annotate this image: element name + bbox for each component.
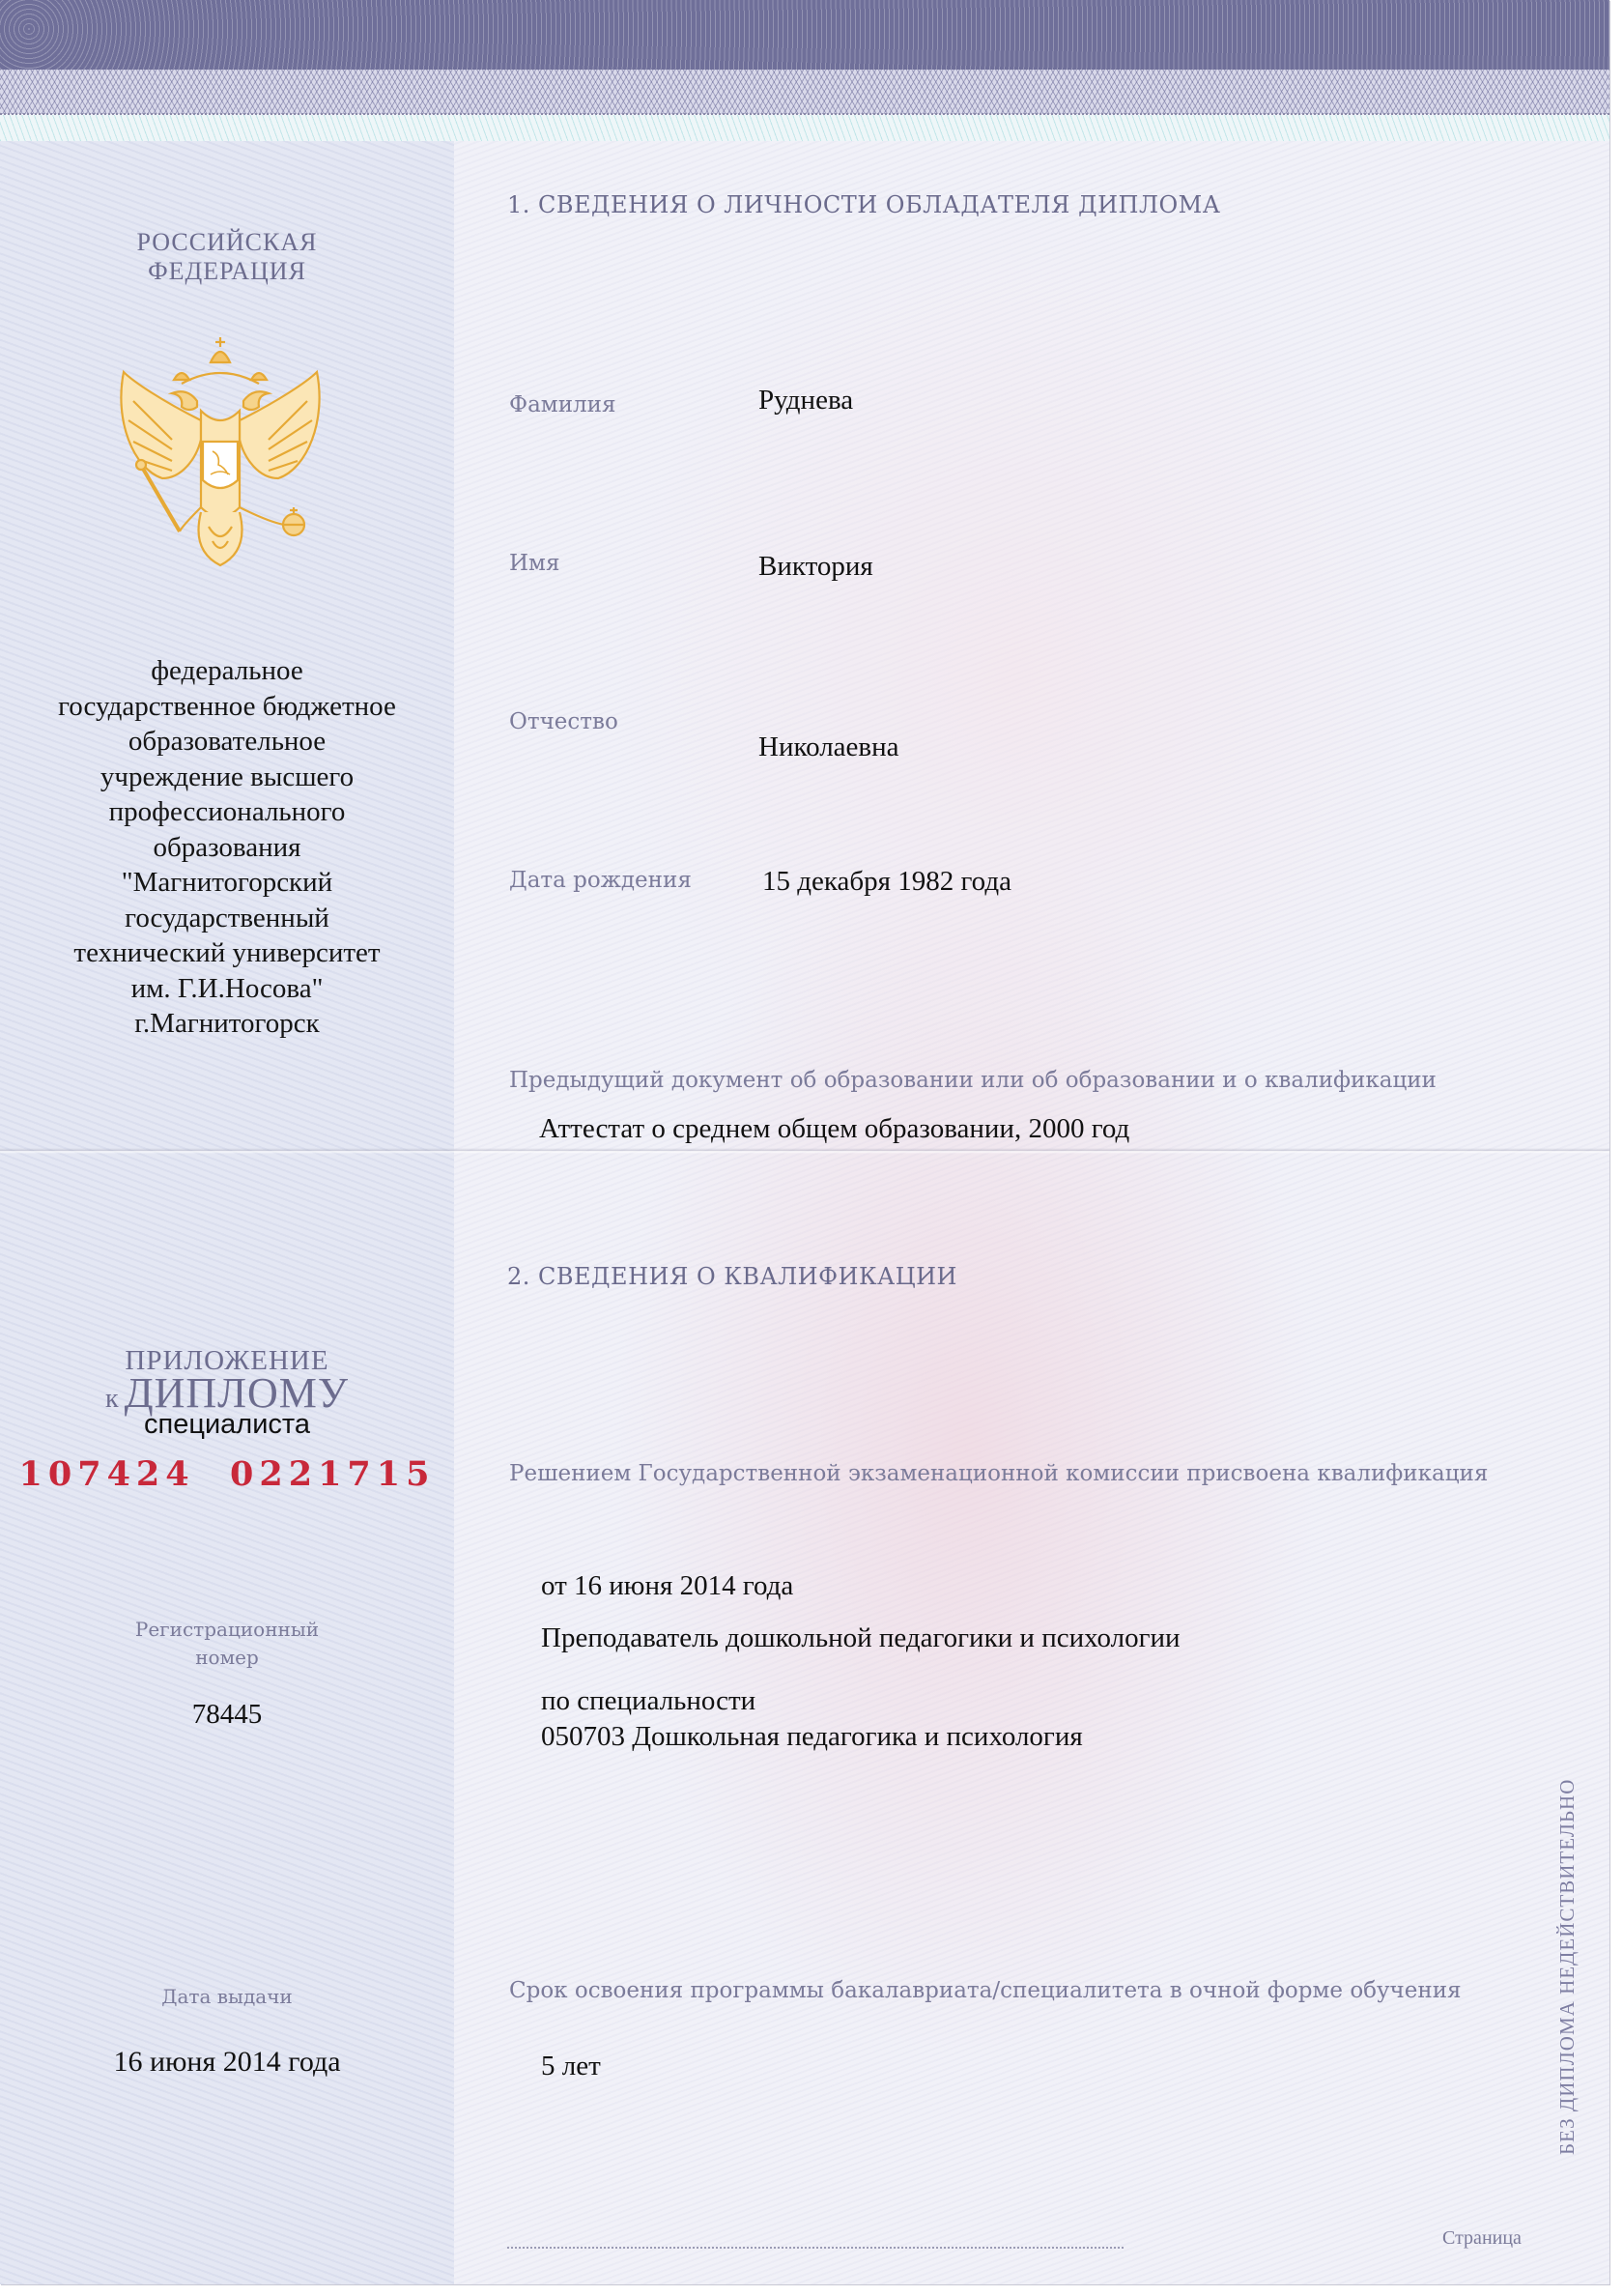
duration-label: Срок освоения программы бакалавриата/спе… [509, 1978, 1462, 2003]
specialty-label: по специальности [541, 1685, 755, 1717]
institution-line: профессионального [0, 794, 454, 830]
specialty: 050703 Дошкольная педагогика и психологи… [541, 1721, 1083, 1753]
country-name-line2: ФЕДЕРАЦИЯ [0, 257, 454, 286]
institution-line: образования [0, 830, 454, 866]
previous-doc-label: Предыдущий документ об образовании или о… [509, 1068, 1437, 1093]
field-label-patronymic: Отчество [509, 709, 618, 734]
banner-guilloche-lace [0, 70, 1609, 114]
issue-date-label: Дата выдачи [0, 1983, 454, 2010]
institution-line: образовательное [0, 724, 454, 760]
degree-level: специалиста [0, 1409, 454, 1440]
country-name-line1: РОССИЙСКАЯ [0, 228, 454, 257]
fold-crease [0, 1148, 1609, 1154]
registration-label-line1: Регистрационный [0, 1616, 454, 1643]
serial-number: 107424 0221715 [0, 1455, 454, 1494]
field-value-name: Виктория [758, 551, 873, 583]
field-value-birthdate: 15 декабря 1982 года [762, 866, 1011, 898]
institution-line: государственный [0, 901, 454, 936]
field-value-surname: Руднева [758, 385, 853, 416]
coat-of-arms-icon [104, 333, 336, 575]
issue-date: 16 июня 2014 года [0, 2045, 454, 2080]
institution-name: федеральное государственное бюджетное об… [0, 653, 454, 1042]
banner-guilloche-cyan [0, 115, 1609, 141]
margin-note: БЕЗ ДИПЛОМА НЕДЕЙСТВИТЕЛЬНО [1555, 1764, 1586, 2169]
field-label-name: Имя [509, 551, 559, 576]
section2-heading: 2. СВЕДЕНИЯ О КВАЛИФИКАЦИИ [507, 1263, 957, 1290]
institution-line: федеральное [0, 653, 454, 689]
institution-line: "Магнитогорский [0, 865, 454, 901]
field-value-patronymic: Николаевна [758, 732, 899, 763]
institution-line: г.Магнитогорск [0, 1006, 454, 1042]
institution-line: государственное бюджетное [0, 689, 454, 725]
section1-heading: 1. СВЕДЕНИЯ О ЛИЧНОСТИ ОБЛАДАТЕЛЯ ДИПЛОМ… [507, 191, 1220, 218]
footer-microprint-line [507, 2247, 1125, 2249]
banner-guilloche-dark [0, 0, 1609, 70]
institution-line: учреждение высшего [0, 760, 454, 795]
decision-label: Решением Государственной экзаменационной… [509, 1461, 1488, 1486]
registration-number: 78445 [0, 1698, 454, 1731]
page-label: Страница [1442, 2227, 1522, 2250]
diploma-appendix-sheet: РОССИЙСКАЯ ФЕДЕРАЦИЯ [0, 0, 1609, 2284]
institution-line: технический университет [0, 935, 454, 971]
institution-line: им. Г.И.Носова" [0, 971, 454, 1007]
qualification: Преподаватель дошкольной педагогики и пс… [541, 1622, 1181, 1654]
registration-label-line2: номер [0, 1644, 454, 1671]
duration-value: 5 лет [541, 2051, 601, 2082]
decision-date: от 16 июня 2014 года [541, 1570, 793, 1602]
security-banner [0, 0, 1609, 141]
field-label-birthdate: Дата рождения [509, 868, 692, 893]
previous-doc-value: Аттестат о среднем общем образовании, 20… [539, 1113, 1129, 1145]
field-label-surname: Фамилия [509, 392, 615, 417]
